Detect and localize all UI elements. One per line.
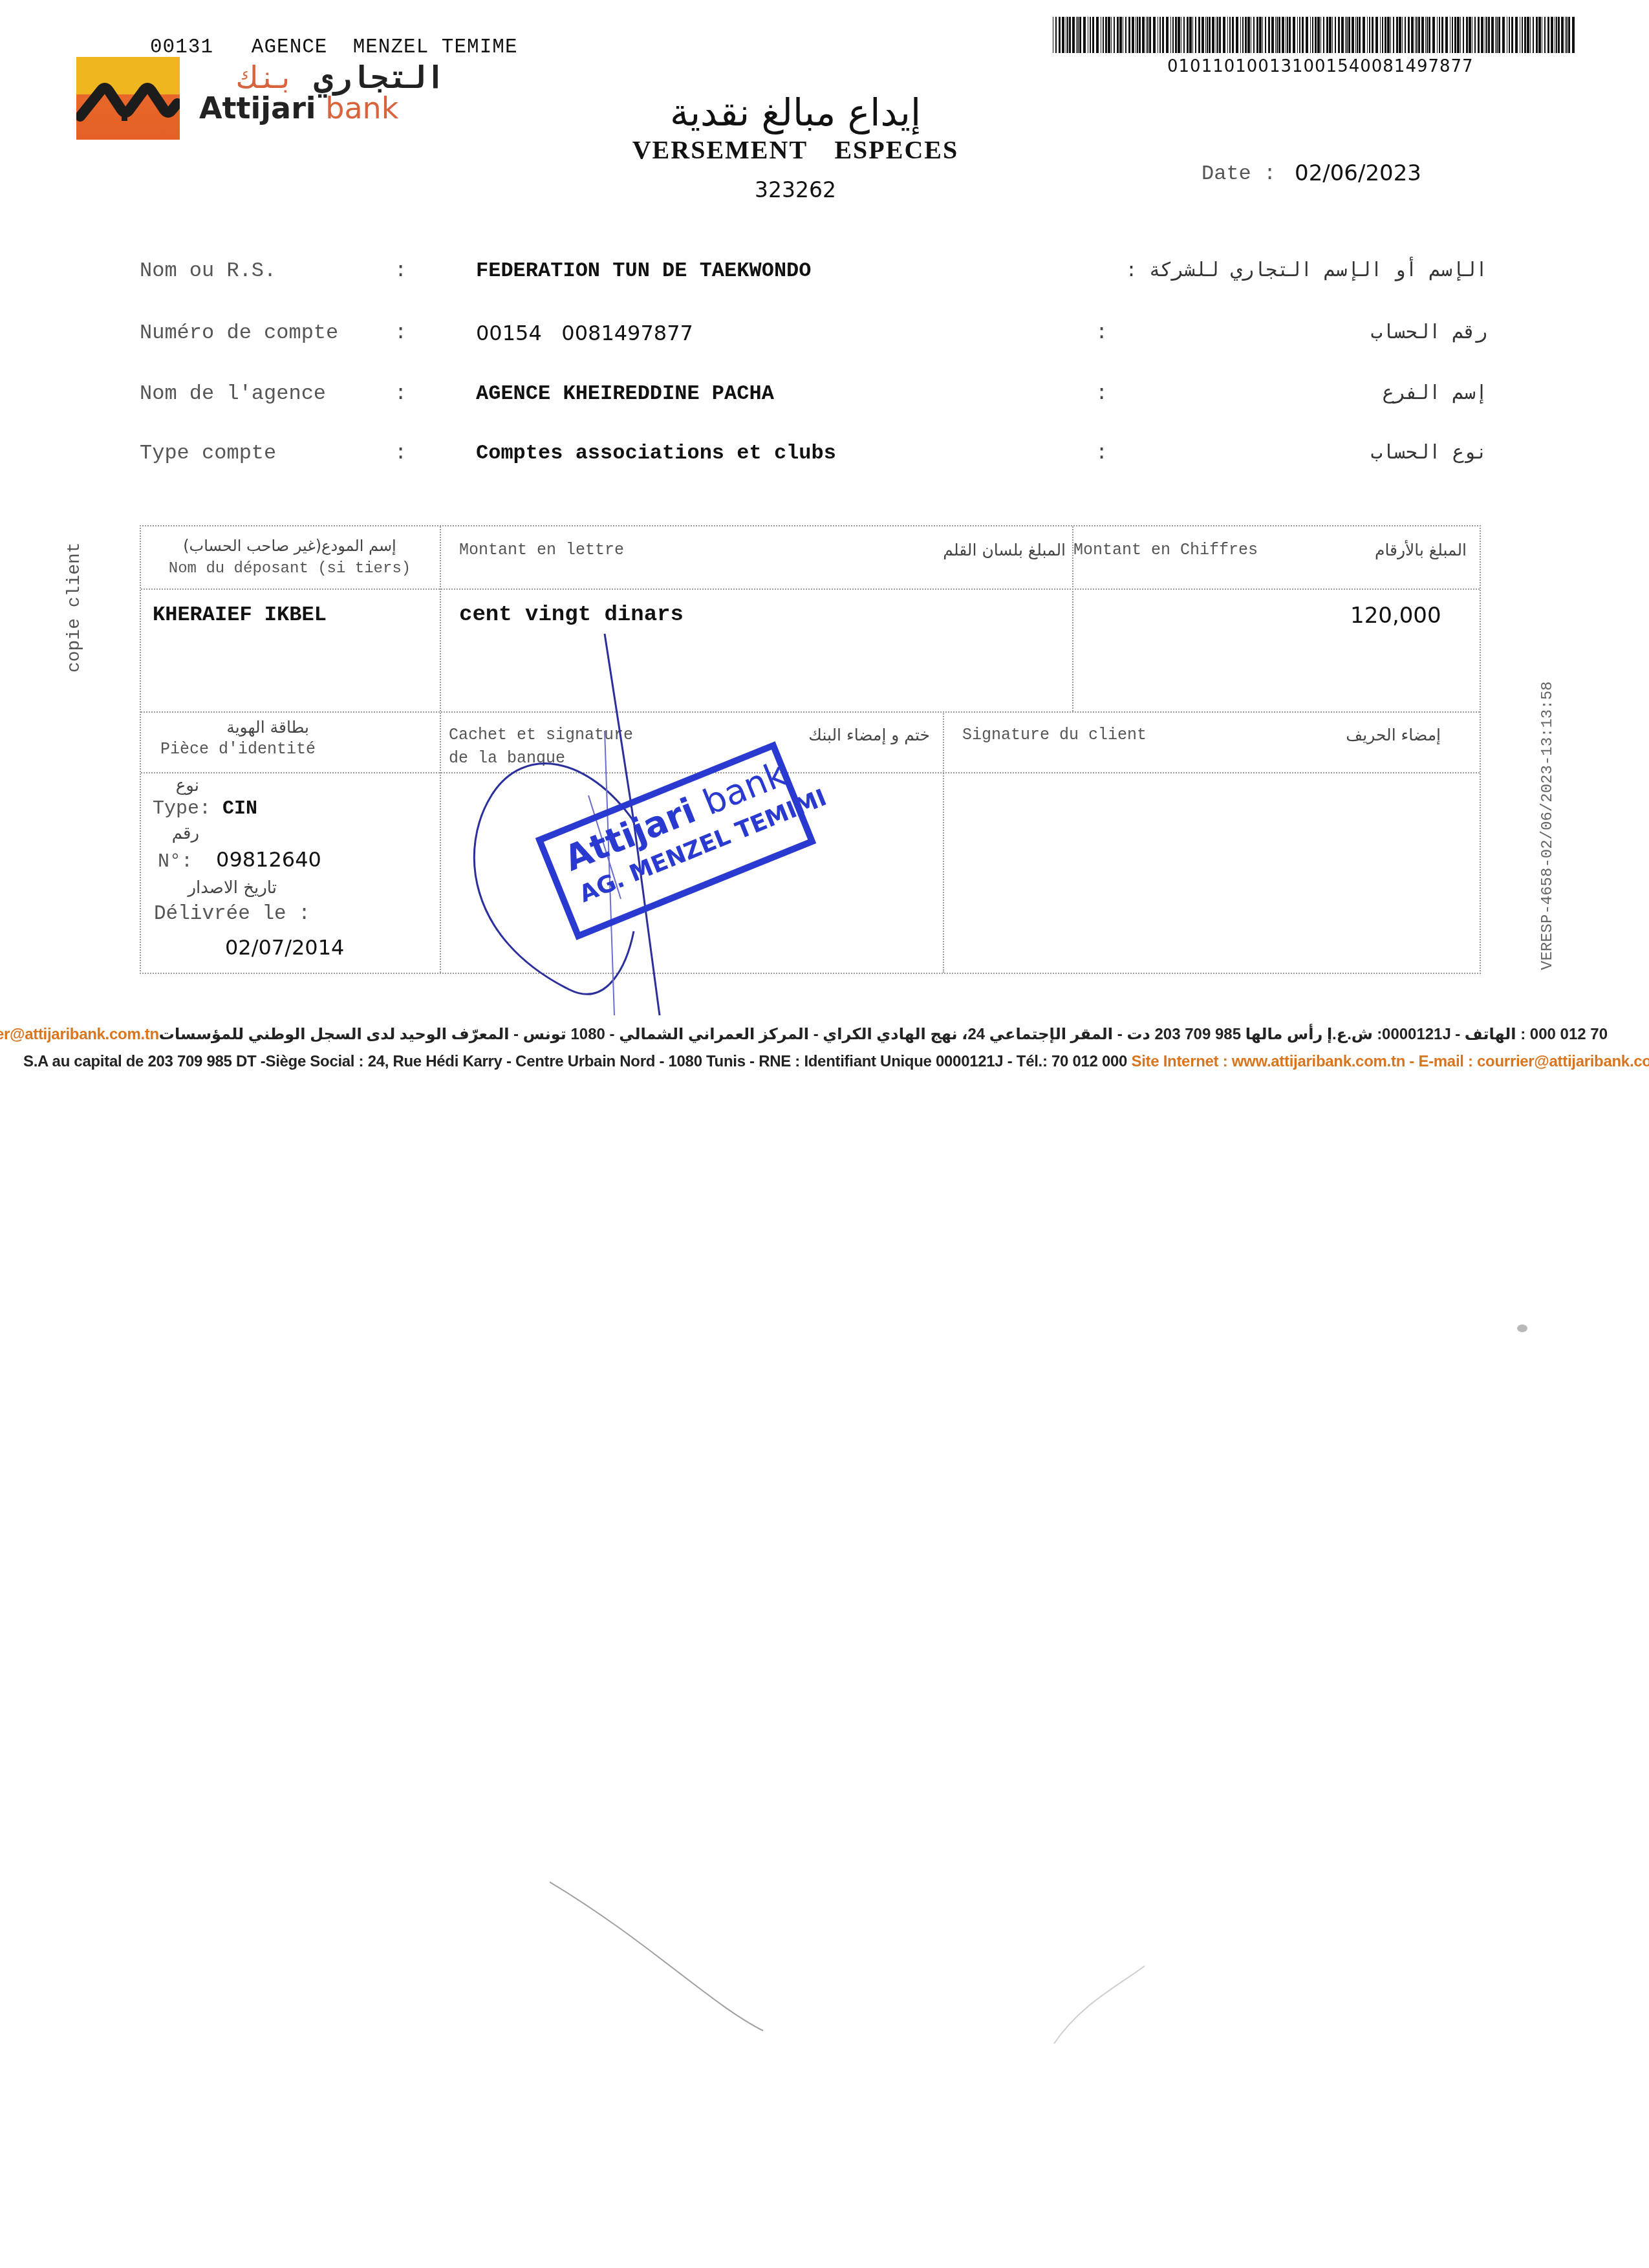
info-value: Comptes associations et clubs <box>476 441 836 465</box>
footer-line-french: S.A au capital de 203 709 985 DT -Siège … <box>23 1053 1608 1071</box>
logo-english: Attijari bank <box>199 91 398 125</box>
amount-words-value: cent vingt dinars <box>459 603 684 627</box>
id-issued-label: Délivrée le : <box>154 903 310 925</box>
id-number-label: N°: <box>158 851 193 873</box>
barcode <box>1053 17 1577 53</box>
info-colon: : <box>394 441 407 465</box>
client-signature-label-ar: إمضاء الحريف <box>1240 726 1441 744</box>
info-colon-right: : <box>1095 441 1108 465</box>
info-colon: : <box>394 321 407 345</box>
scan-speck <box>1517 1324 1527 1332</box>
bank-stamp-label-ar: ختم و إمضاء البنك <box>723 726 930 744</box>
date-value: 02/06/2023 <box>1295 160 1421 186</box>
agency-name: AGENCE MENZEL TEMIME <box>252 36 518 59</box>
scan-artifact-lines <box>550 1875 1390 2069</box>
id-number-value: 09812640 <box>216 847 321 872</box>
id-issued-label-ar: تاريخ الاصدار <box>141 878 277 898</box>
info-label: Nom de l'agence <box>140 382 326 405</box>
info-value: FEDERATION TUN DE TAEKWONDO <box>476 259 811 283</box>
id-type-value: CIN <box>222 798 257 820</box>
info-label-arabic: نوع الحساب <box>1370 441 1487 465</box>
footer-line-arabic: 70 012 000 : الهاتف - 0000121J: ش.ع.إ رأ… <box>23 1025 1608 1044</box>
identity-label-ar: بطاقة الهوية <box>147 718 309 737</box>
footer-arabic-info: 70 012 000 : الهاتف - 0000121J: ش.ع.إ رأ… <box>159 1026 1608 1043</box>
barcode-number: 010110100131001540081497877 <box>1167 57 1474 76</box>
verification-code: VERESP-4658-02/06/2023-13:13:58 <box>1539 682 1557 970</box>
deposit-form-table: إسم المودع(غير صاحب الحساب) Nom du dépos… <box>140 525 1481 974</box>
amount-words-label-ar: المبلغ بلسان القلم <box>826 541 1066 559</box>
title-french: VERSEMENT ESPECES <box>582 135 1009 165</box>
logo-zigzag-icon <box>76 57 180 140</box>
info-colon: : <box>394 382 407 405</box>
info-value: 00154 0081497877 <box>476 321 693 345</box>
amount-figures-label-ar: المبلغ بالأرقام <box>1279 541 1467 559</box>
info-colon-right: : <box>1095 321 1108 345</box>
attijari-logo-icon <box>76 57 180 140</box>
amount-words-label-fr: Montant en lettre <box>459 541 624 559</box>
info-colon-right: : <box>1095 382 1108 405</box>
identity-label-fr: Pièce d'identité <box>160 740 316 759</box>
info-label-arabic: رقم الحساب <box>1370 321 1487 345</box>
id-type-label-ar: نوع <box>147 776 199 795</box>
id-issued-value: 02/07/2014 <box>225 935 344 960</box>
depositor-name: KHERAIEF IKBEL <box>153 603 327 627</box>
client-signature-label-fr: Signature du client <box>962 726 1147 744</box>
info-colon: : <box>394 259 407 283</box>
info-label-arabic: الإسم أو الإسم التجاري للشركة : <box>1125 259 1487 283</box>
date-label: Date : <box>1202 162 1276 186</box>
title-arabic: إيداع مبالغ نقدية <box>563 91 1028 135</box>
info-label: Numéro de compte <box>140 321 338 345</box>
depositor-label-fr: Nom du déposant (si tiers) <box>147 560 432 578</box>
info-value: AGENCE KHEIREDDINE PACHA <box>476 382 774 405</box>
info-label: Nom ou R.S. <box>140 259 276 283</box>
amount-figures-value: 120,000 <box>1350 603 1441 629</box>
id-type: Type: CIN <box>153 798 257 820</box>
footer-arabic-contact[interactable]: courrier@attijaribank.com.tn: البريد الإ… <box>0 1026 159 1043</box>
info-label: Type compte <box>140 441 276 465</box>
agency-header: 00131 AGENCE MENZEL TEMIME <box>150 36 518 59</box>
id-number-label-ar: رقم <box>147 824 199 843</box>
footer-french-info: S.A au capital de 203 709 985 DT -Siège … <box>23 1053 1132 1070</box>
amount-figures-label-fr: Montant en Chiffres <box>1073 541 1258 559</box>
document-number: 323262 <box>724 177 867 202</box>
footer-french-contact[interactable]: Site Internet : www.attijaribank.com.tn … <box>1132 1053 1649 1070</box>
id-number: N°: 09812640 <box>158 847 321 873</box>
logo-english-bold: Attijari <box>199 91 316 125</box>
agency-code: 00131 <box>150 36 213 59</box>
info-label-arabic: إسم الفرع <box>1383 382 1488 405</box>
depositor-label-ar: إسم المودع(غير صاحب الحساب) <box>147 537 432 555</box>
logo-english-light: bank <box>325 91 398 125</box>
id-type-label: Type: <box>153 798 211 820</box>
copy-label: copie client <box>65 542 85 673</box>
